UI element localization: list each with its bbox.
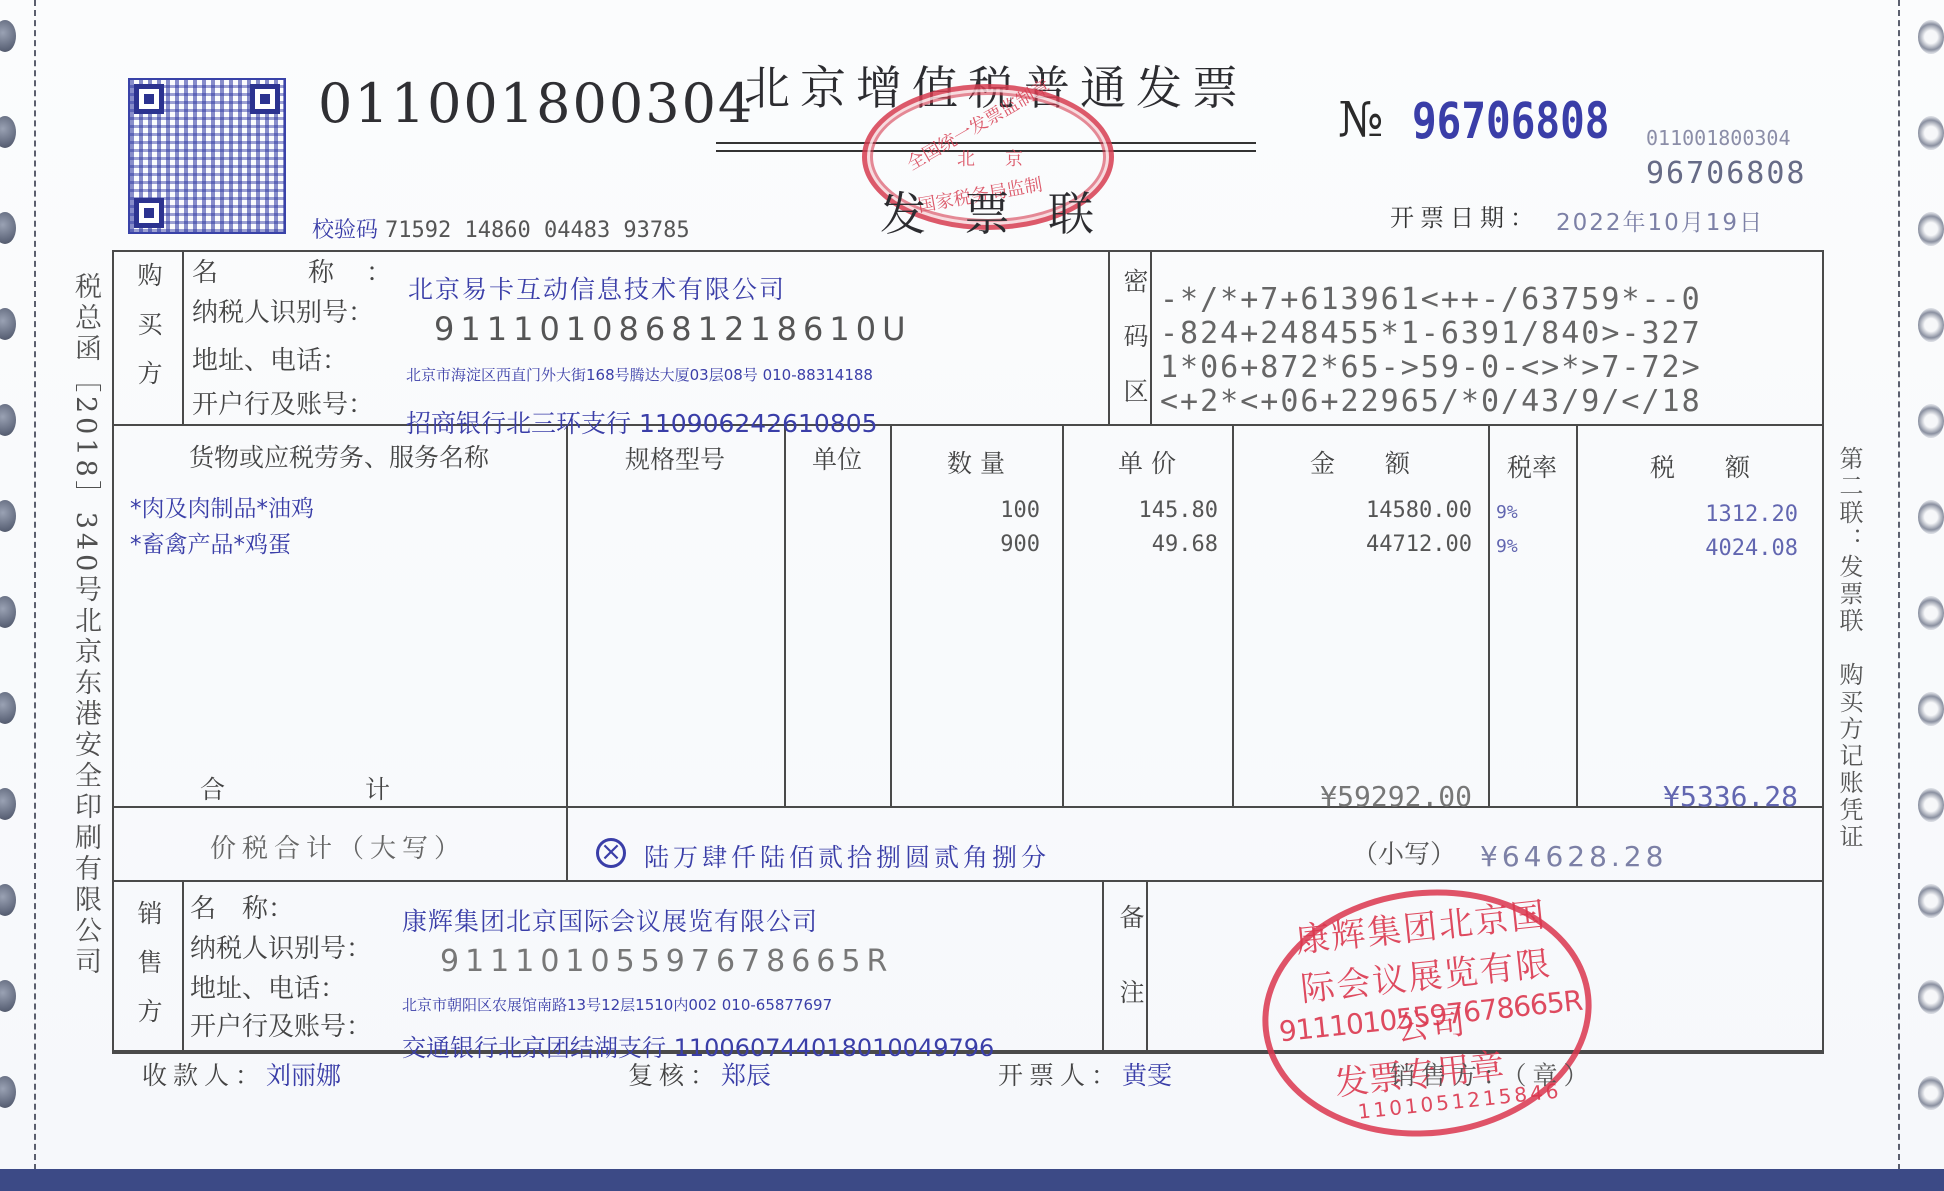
divider — [112, 424, 1824, 426]
col-header-tax: 税 额 — [1576, 448, 1824, 484]
feed-hole-icon — [1918, 116, 1944, 150]
item-amount: 14580.00 — [1232, 498, 1472, 523]
divider — [1232, 424, 1234, 806]
number-sign: № — [1338, 92, 1383, 148]
seller-tax-id-label: 纳税人识别号： — [190, 928, 372, 965]
col-header-spec: 规格型号 — [566, 440, 784, 476]
machine-number: 96706808 — [1646, 156, 1807, 191]
drawer: 开票人：黄雯 — [998, 1056, 1172, 1092]
divider — [182, 250, 184, 424]
qr-finder-icon — [134, 198, 164, 228]
col-header-price: 单 价 — [1062, 444, 1232, 480]
feed-hole-icon — [1918, 980, 1944, 1014]
feed-hole-icon — [1918, 404, 1944, 438]
divider — [112, 806, 1824, 808]
feed-hole-icon — [0, 1076, 16, 1108]
date-label: 开票日期： — [1390, 198, 1540, 233]
seller-bank-label: 开户行及账号： — [190, 1006, 372, 1043]
buyer-tax-id-label: 纳税人识别号： — [192, 292, 374, 329]
payee: 收款人：刘丽娜 — [142, 1056, 341, 1092]
remarks-label: 备注 — [1112, 904, 1148, 1054]
drawer-name: 黄雯 — [1122, 1061, 1172, 1090]
feed-hole-icon — [1918, 788, 1944, 822]
buyer-name-label: 名 称： — [192, 252, 392, 289]
seller-stamp-label: 销售方：（章） — [1390, 1056, 1595, 1092]
item-qty: 900 — [890, 532, 1040, 557]
feed-hole-icon — [0, 980, 16, 1012]
machine-code: 011001800304 — [1646, 126, 1791, 150]
feed-hole-icon — [0, 596, 16, 628]
buyer-tax-id: 91110108681218610U — [434, 310, 912, 348]
check-code-label: 校验码 — [312, 218, 378, 243]
divider — [112, 880, 1824, 882]
reviewer-name: 郑辰 — [721, 1061, 771, 1090]
seller-section-label: 销售方 — [130, 900, 166, 1047]
item-price: 145.80 — [1062, 498, 1218, 523]
feed-hole-icon — [0, 212, 16, 244]
item-name: *畜禽产品*鸡蛋 — [130, 526, 291, 559]
right-perforation — [1898, 0, 1900, 1170]
divider — [1062, 424, 1064, 806]
feed-hole-icon — [1918, 692, 1944, 726]
feed-hole-icon — [1918, 884, 1944, 918]
divider — [1108, 250, 1110, 424]
seller-name-label: 名 称： — [190, 888, 294, 925]
feed-hole-icon — [0, 116, 16, 148]
check-code: 校验码 71592 14860 04483 93785 — [312, 213, 690, 244]
payee-name: 刘丽娜 — [266, 1061, 341, 1090]
item-name: *肉及肉制品*油鸡 — [130, 490, 314, 523]
col-header-qty: 数 量 — [890, 444, 1062, 480]
invoice-code: 011001800304 — [318, 72, 754, 135]
feed-hole-icon — [0, 692, 16, 724]
buyer-bank-label: 开户行及账号： — [192, 384, 374, 421]
background-strip — [0, 1169, 1944, 1191]
copy-purpose-note: 第二联：发票联 购买方记账凭证 — [1832, 446, 1867, 851]
left-perforation — [34, 0, 36, 1170]
seller-invoice-seal: 康辉集团北京国际会议展览有限公司 91110105597678665R 发票专用… — [1250, 873, 1604, 1152]
item-price: 49.68 — [1062, 532, 1218, 557]
feed-hole-icon — [1918, 212, 1944, 246]
invoice-number: 96706808 — [1412, 92, 1609, 150]
feed-hole-icon — [1918, 500, 1944, 534]
item-rate: 9% — [1496, 536, 1546, 557]
cipher-line: -*/*+7+613961<++-/63759*--0 — [1160, 282, 1702, 317]
col-header-rate: 税率 — [1488, 448, 1576, 484]
item-tax: 1312.20 — [1576, 502, 1798, 527]
total-amount: ¥59292.00 — [1232, 780, 1472, 813]
col-header-name: 货物或应税劳务、服务名称 — [112, 438, 566, 474]
left-feed-strip — [0, 0, 34, 1170]
printer-note: 税总函［2018］340号北京东港安全印刷有限公司 — [66, 272, 105, 978]
col-header-amount: 金 额 — [1232, 444, 1488, 480]
buyer-name: 北京易卡互动信息技术有限公司 — [408, 270, 786, 306]
item-amount: 44712.00 — [1232, 532, 1472, 557]
feed-hole-icon — [1918, 1076, 1944, 1110]
seller-tax-id: 91110105597678665R — [440, 944, 893, 979]
seller-address: 北京市朝阳区农展馆南路13号12层1510内002 010-65877697 — [402, 994, 832, 1015]
col-header-unit: 单位 — [784, 440, 890, 476]
seller-name: 康辉集团北京国际会议展览有限公司 — [402, 902, 818, 938]
qr-finder-icon — [134, 84, 164, 114]
seller-address-label: 地址、电话： — [190, 968, 346, 1005]
grand-total-label: 价税合计（大写） — [210, 828, 466, 865]
feed-hole-icon — [0, 500, 16, 532]
feed-hole-icon — [0, 20, 16, 52]
divider — [890, 424, 892, 806]
invoice-page: 011001800304 北京增值税普通发票 全国统一发票监制章 北京 国家税务… — [0, 0, 1944, 1191]
item-tax: 4024.08 — [1576, 536, 1798, 561]
feed-hole-icon — [0, 884, 16, 916]
copy-name: 发票联 — [880, 178, 1132, 244]
qr-finder-icon — [250, 84, 280, 114]
qr-code — [128, 78, 286, 234]
cipher-line: -824+248455*1-6391/840>-327 — [1160, 316, 1702, 351]
grand-total-uppercase: 陆万肆仟陆佰贰拾捌圆贰角捌分 — [644, 838, 1050, 874]
item-rate: 9% — [1496, 502, 1546, 523]
cross-circle-icon: × — [596, 838, 626, 868]
check-code-value: 71592 14860 04483 93785 — [385, 218, 690, 243]
cipher-line: <+2*<+06+22965/*0/43/9/</18 — [1160, 384, 1702, 419]
grand-total-lowercase-label: （小写） — [1352, 834, 1456, 871]
feed-hole-icon — [0, 308, 16, 340]
right-feed-strip — [1910, 0, 1944, 1170]
feed-hole-icon — [1918, 308, 1944, 342]
buyer-address: 北京市海淀区西直门外大街168号腾达大厦03层08号 010-88314188 — [406, 364, 873, 385]
divider — [784, 424, 786, 806]
buyer-bank: 招商银行北三环支行 110906242610805 — [406, 404, 878, 440]
feed-hole-icon — [0, 788, 16, 820]
feed-hole-icon — [1918, 20, 1944, 54]
total-label: 合 计 — [200, 770, 398, 806]
grand-total-lowercase: ¥64628.28 — [1480, 840, 1667, 873]
feed-hole-icon — [1918, 596, 1944, 630]
divider — [182, 880, 184, 1052]
date-value: 2022年10月19日 — [1556, 204, 1764, 237]
buyer-address-label: 地址、电话： — [192, 340, 348, 377]
cipher-line: 1*06+872*65->59-0-<>*>7-72> — [1160, 350, 1702, 385]
divider — [1102, 880, 1104, 1052]
buyer-section-label: 购买方 — [130, 262, 166, 409]
feed-hole-icon — [0, 404, 16, 436]
item-qty: 100 — [890, 498, 1040, 523]
cipher-zone-label: 密码区 — [1116, 268, 1152, 433]
total-tax: ¥5336.28 — [1576, 780, 1798, 813]
divider — [566, 424, 568, 880]
reviewer: 复核：郑辰 — [628, 1056, 771, 1092]
